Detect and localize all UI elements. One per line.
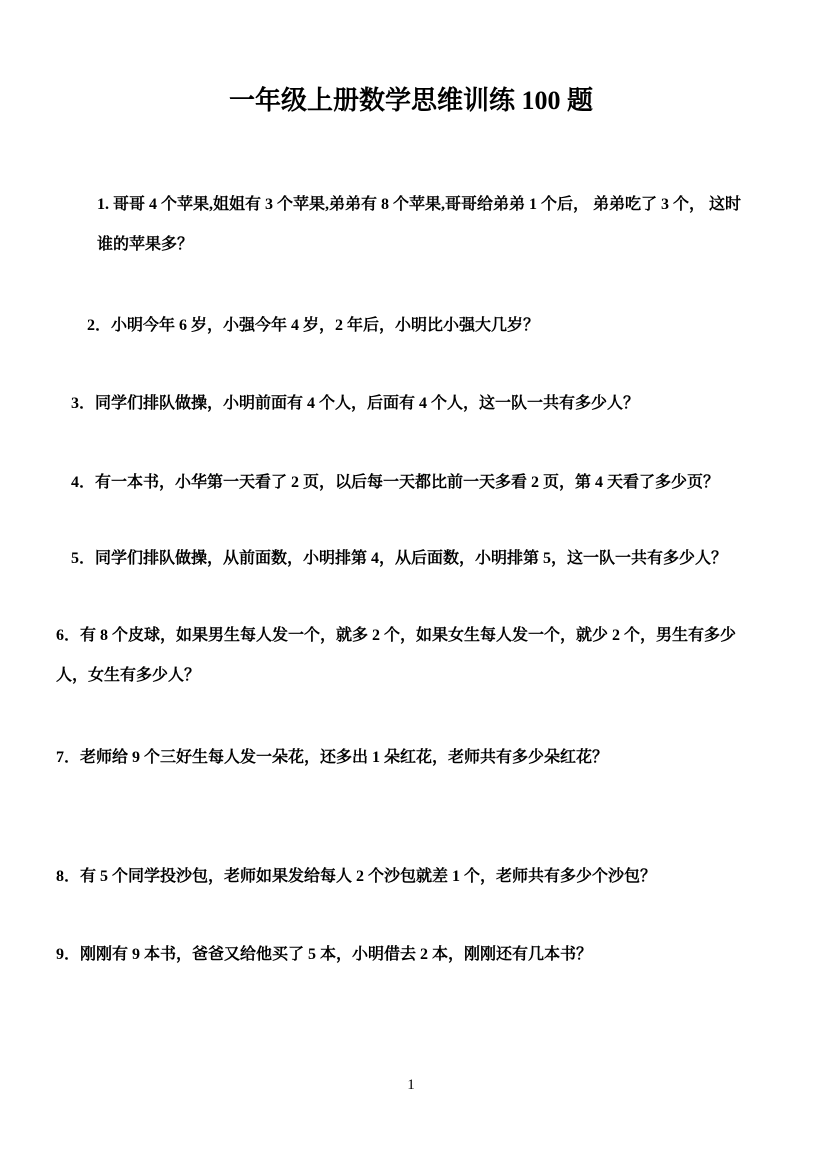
question-item: 5．同学们排队做操，从前面数，小明排第 4，从后面数，小明排第 5，这一队一共有… — [71, 539, 727, 579]
question-item: 7．老师给 9 个三好生每人发一朵花，还多出 1 朵红花，老师共有多少朵红花？ — [56, 738, 608, 778]
question-line: 7．老师给 9 个三好生每人发一朵花，还多出 1 朵红花，老师共有多少朵红花？ — [56, 738, 608, 778]
question-item: 9．刚刚有 9 本书，爸爸又给他买了 5 本，小明借去 2 本，刚刚还有几本书？ — [56, 935, 592, 975]
question-line: 2．小明今年 6 岁，小强今年 4 岁，2 年后，小明比小强大几岁？ — [87, 306, 539, 346]
document-page: 一年级上册数学思维训练 100 题 1. 哥哥 4 个苹果,姐姐有 3 个苹果,… — [0, 0, 822, 1165]
question-line: 4．有一本书，小华第一天看了 2 页，以后每一天都比前一天多看 2 页，第 4 … — [71, 463, 719, 503]
page-title: 一年级上册数学思维训练 100 题 — [0, 81, 822, 121]
question-line: 6．有 8 个皮球，如果男生每人发一个，就多 2 个，如果女生每人发一个，就少 … — [56, 616, 736, 656]
question-item: 4．有一本书，小华第一天看了 2 页，以后每一天都比前一天多看 2 页，第 4 … — [71, 463, 719, 503]
question-item: 8．有 5 个同学投沙包，老师如果发给每人 2 个沙包就差 1 个，老师共有多少… — [56, 857, 656, 897]
question-item: 2．小明今年 6 岁，小强今年 4 岁，2 年后，小明比小强大几岁？ — [87, 306, 539, 346]
question-line: 1. 哥哥 4 个苹果,姐姐有 3 个苹果,弟弟有 8 个苹果,哥哥给弟弟 1 … — [97, 185, 741, 225]
question-line: 8．有 5 个同学投沙包，老师如果发给每人 2 个沙包就差 1 个，老师共有多少… — [56, 857, 656, 897]
question-line: 9．刚刚有 9 本书，爸爸又给他买了 5 本，小明借去 2 本，刚刚还有几本书？ — [56, 935, 592, 975]
question-line: 谁的苹果多？ — [97, 225, 741, 265]
question-line: 5．同学们排队做操，从前面数，小明排第 4，从后面数，小明排第 5，这一队一共有… — [71, 539, 727, 579]
page-number: 1 — [0, 1075, 822, 1095]
question-line: 3．同学们排队做操，小明前面有 4 个人，后面有 4 个人，这一队一共有多少人？ — [71, 384, 639, 424]
question-item: 1. 哥哥 4 个苹果,姐姐有 3 个苹果,弟弟有 8 个苹果,哥哥给弟弟 1 … — [97, 185, 741, 265]
question-line: 人，女生有多少人？ — [56, 656, 736, 696]
question-item: 3．同学们排队做操，小明前面有 4 个人，后面有 4 个人，这一队一共有多少人？ — [71, 384, 639, 424]
question-item: 6．有 8 个皮球，如果男生每人发一个，就多 2 个，如果女生每人发一个，就少 … — [56, 616, 736, 696]
